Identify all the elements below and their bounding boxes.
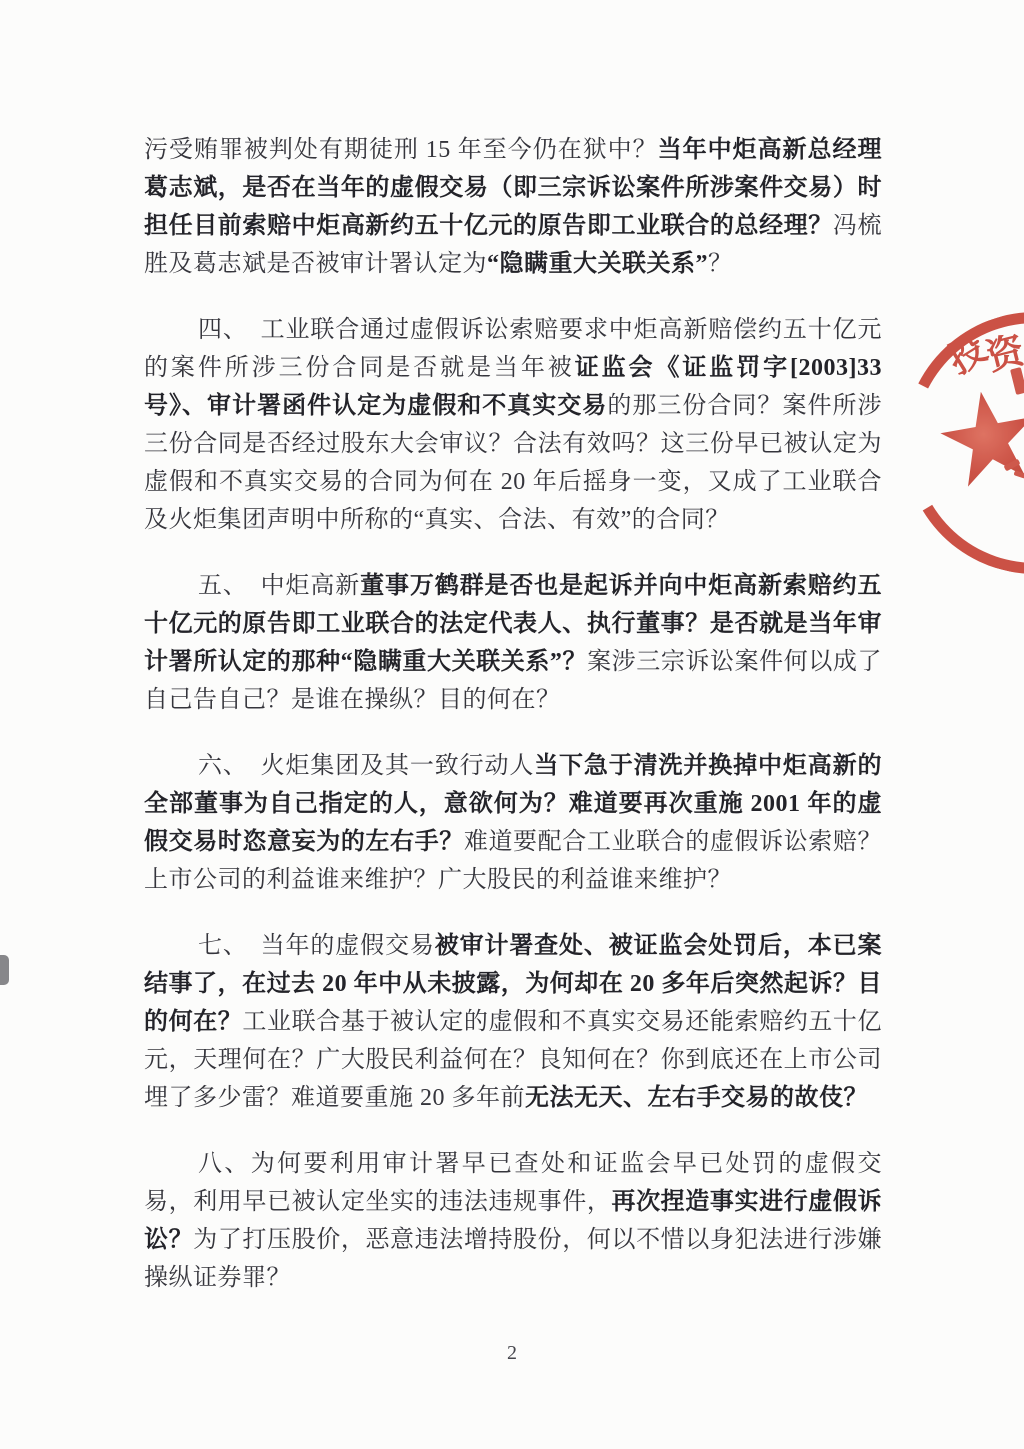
scan-edge-artifact [0,955,9,985]
paragraph-item-8: 八、为何要利用审计署早已查处和证监会早已处罚的虚假交易，利用早已被认定坐实的违法… [144,1145,882,1297]
seal-ink-fragment [1010,367,1024,395]
seal-char-tou: 投 [942,330,993,381]
paragraph-item-4: 四、 工业联合通过虚假诉讼索赔要求中炬高新赔偿约五十亿元的案件所涉三份合同是否就… [144,311,882,539]
text-run: ？ [708,251,733,277]
seal-ring-top-arc [870,278,1024,608]
page-number: 2 [0,1342,1024,1365]
paragraph-item-7: 七、 当年的虚假交易被审计署查处、被证监会处罚后，本已案结事了，在过去 20 年… [144,927,882,1117]
seal-ring-bottom-arc [876,284,1024,602]
document-page: 污受贿罪被判处有期徒刑 15 年至今仍在狱中？当年中炬高新总经理葛志斌，是否在当… [0,0,1024,1449]
paragraph-continuation: 污受贿罪被判处有期徒刑 15 年至今仍在狱中？当年中炬高新总经理葛志斌，是否在当… [144,131,882,283]
text-run: 五、 中炬高新 [198,573,360,599]
seal-star-icon [935,384,1024,493]
seal-ink-fragment [1014,470,1024,478]
paragraph-item-5: 五、 中炬高新董事万鹤群是否也是起诉并向中炬高新索赔约五十亿元的原告即工业联合的… [144,567,882,719]
paragraph-item-6: 六、 火炬集团及其一致行动人当下急于清洗并换掉中炬高新的全部董事为自己指定的人，… [144,747,882,899]
seal-ink-fragment [1004,459,1021,472]
text-run: 污受贿罪被判处有期徒刑 15 年至今仍在狱中？ [144,137,658,163]
document-body: 污受贿罪被判处有期徒刑 15 年至今仍在狱中？当年中炬高新总经理葛志斌，是否在当… [144,131,882,1325]
text-run: 七、 当年的虚假交易 [198,933,435,959]
bold-text-run: 无法无天、左右手交易的故伎？ [525,1085,868,1111]
bold-text-run: “隐瞒重大关联关系” [487,251,708,277]
text-run: 六、 火炬集团及其一致行动人 [198,753,534,779]
text-run: 为了打压股价，恶意违法增持股份，何以不惜以身犯法进行涉嫌操纵证券罪？ [144,1227,882,1291]
seal-char-zi: 资 [983,332,1024,377]
